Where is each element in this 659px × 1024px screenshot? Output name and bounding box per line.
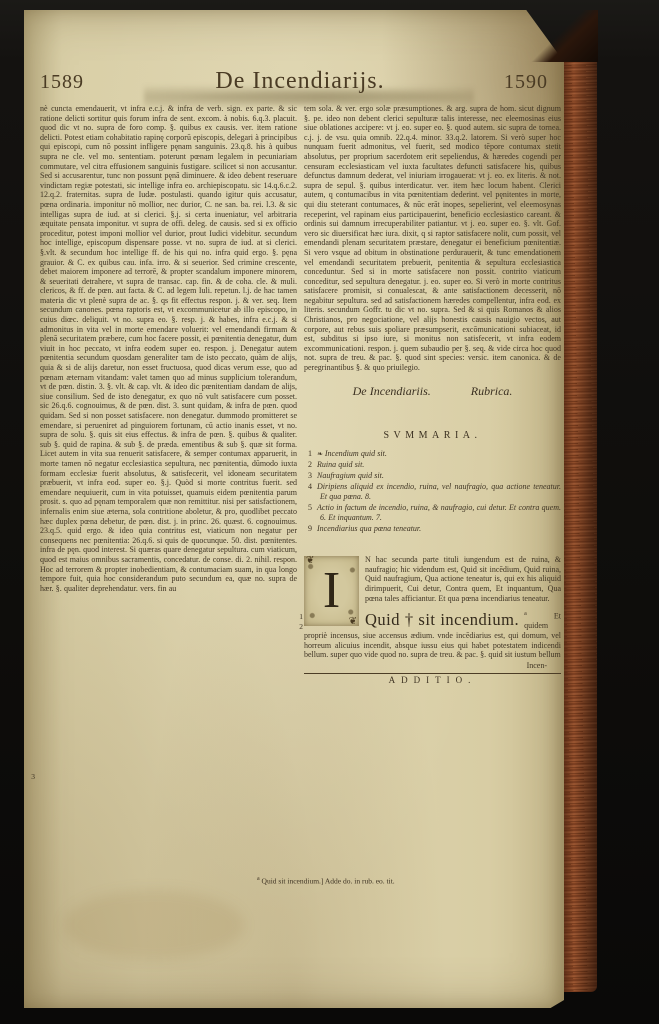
summaria-number: 5: [304, 503, 312, 513]
section-heading-rubrica: De Incendiariis. Rubrica.: [304, 384, 561, 398]
summaria-number: 3: [304, 471, 312, 481]
summaria-item: 2Ruina quid sit.: [304, 460, 561, 470]
summaria-text: Naufragium quid sit.: [317, 471, 384, 480]
incendium-heading: Quid † sit incendium.: [365, 610, 519, 629]
catchword: Incen-: [304, 661, 561, 671]
left-text-column: nè cuncta emendauerit, vt infra e.c.j. &…: [40, 104, 297, 593]
summaria-item: 1❧Incendium quid sit.: [304, 449, 561, 459]
margin-note-left: 3: [23, 772, 35, 781]
summaria-item: 3Naufragium quid sit.: [304, 471, 561, 481]
right-text-column: tem sola. & ver. ergo solæ præsumptiones…: [304, 104, 561, 686]
summaria-number: 9: [304, 524, 312, 534]
additio-heading: ADDITIO.: [304, 676, 561, 686]
margin-note-1: 1: [291, 612, 303, 622]
fleuron-icon: ❧: [317, 450, 323, 458]
page-corner-shadow: [528, 10, 598, 62]
summaria-text: Incendiarius qua pœna teneatur.: [317, 524, 421, 533]
summaria-text: Actio in factum de incendio, ruina, & na…: [317, 503, 561, 522]
paper-stain: [64, 890, 244, 960]
margin-note-2: 2: [291, 622, 303, 632]
rubrica-title: De Incendiariis.: [353, 384, 431, 398]
footnote-text: Quid sit incendium.] Adde do. in rub. eo…: [262, 877, 395, 886]
summaria-number: 2: [304, 460, 312, 470]
vine-ornament-icon: ❦: [306, 556, 314, 566]
folio-number-left: 1589: [40, 71, 84, 94]
summaria-item: 5Actio in factum de incendio, ruina, & n…: [304, 503, 561, 523]
book-fore-edge: [564, 48, 597, 992]
summaria-text: Ruina quid sit.: [317, 460, 364, 469]
additio-rule: [304, 673, 561, 674]
footnote-mark: a: [257, 876, 260, 882]
page-header: 1589 De Incendiarijs. 1590: [40, 68, 548, 102]
summaria-list: 1❧Incendium quid sit. 2Ruina quid sit. 3…: [304, 449, 561, 534]
summaria-heading: SVMMARIA.: [304, 431, 561, 441]
summaria-number: 1: [304, 449, 312, 459]
book-page: 1589 De Incendiarijs. 1590 nè cuncta eme…: [24, 10, 564, 1008]
intro-text: N hac secunda parte tituli iungendum est…: [365, 555, 561, 602]
footnote: a Quid sit incendium.] Adde do. in rub. …: [257, 876, 557, 886]
summaria-item: 4Diripiens aliquid ex incendio, ruina, v…: [304, 482, 561, 502]
quid-sit-incendium-section: 1 2 Quid † sit incendium.a Et quidem pro…: [304, 610, 561, 660]
left-column-text: nè cuncta emendauerit, vt infra e.c.j. &…: [40, 104, 297, 593]
folio-number-right: 1590: [504, 71, 548, 94]
summaria-text: Incendium quid sit.: [325, 449, 387, 458]
summaria-item: 9Incendiarius qua pœna teneatur.: [304, 524, 561, 534]
photo-background: 1589 De Incendiarijs. 1590 nè cuncta eme…: [0, 0, 659, 1024]
right-column-text: tem sola. & ver. ergo solæ præsumptiones…: [304, 104, 561, 373]
intro-paragraph: ❦ I ❦ N hac secunda parte tituli iungend…: [304, 555, 561, 603]
summaria-text: Diripiens aliquid ex incendio, ruina, ve…: [317, 482, 561, 501]
rubrica-label: Rubrica.: [471, 384, 513, 398]
running-title: De Incendiarijs.: [215, 68, 384, 95]
summaria-number: 4: [304, 482, 312, 492]
footnote-mark: a: [524, 611, 527, 617]
